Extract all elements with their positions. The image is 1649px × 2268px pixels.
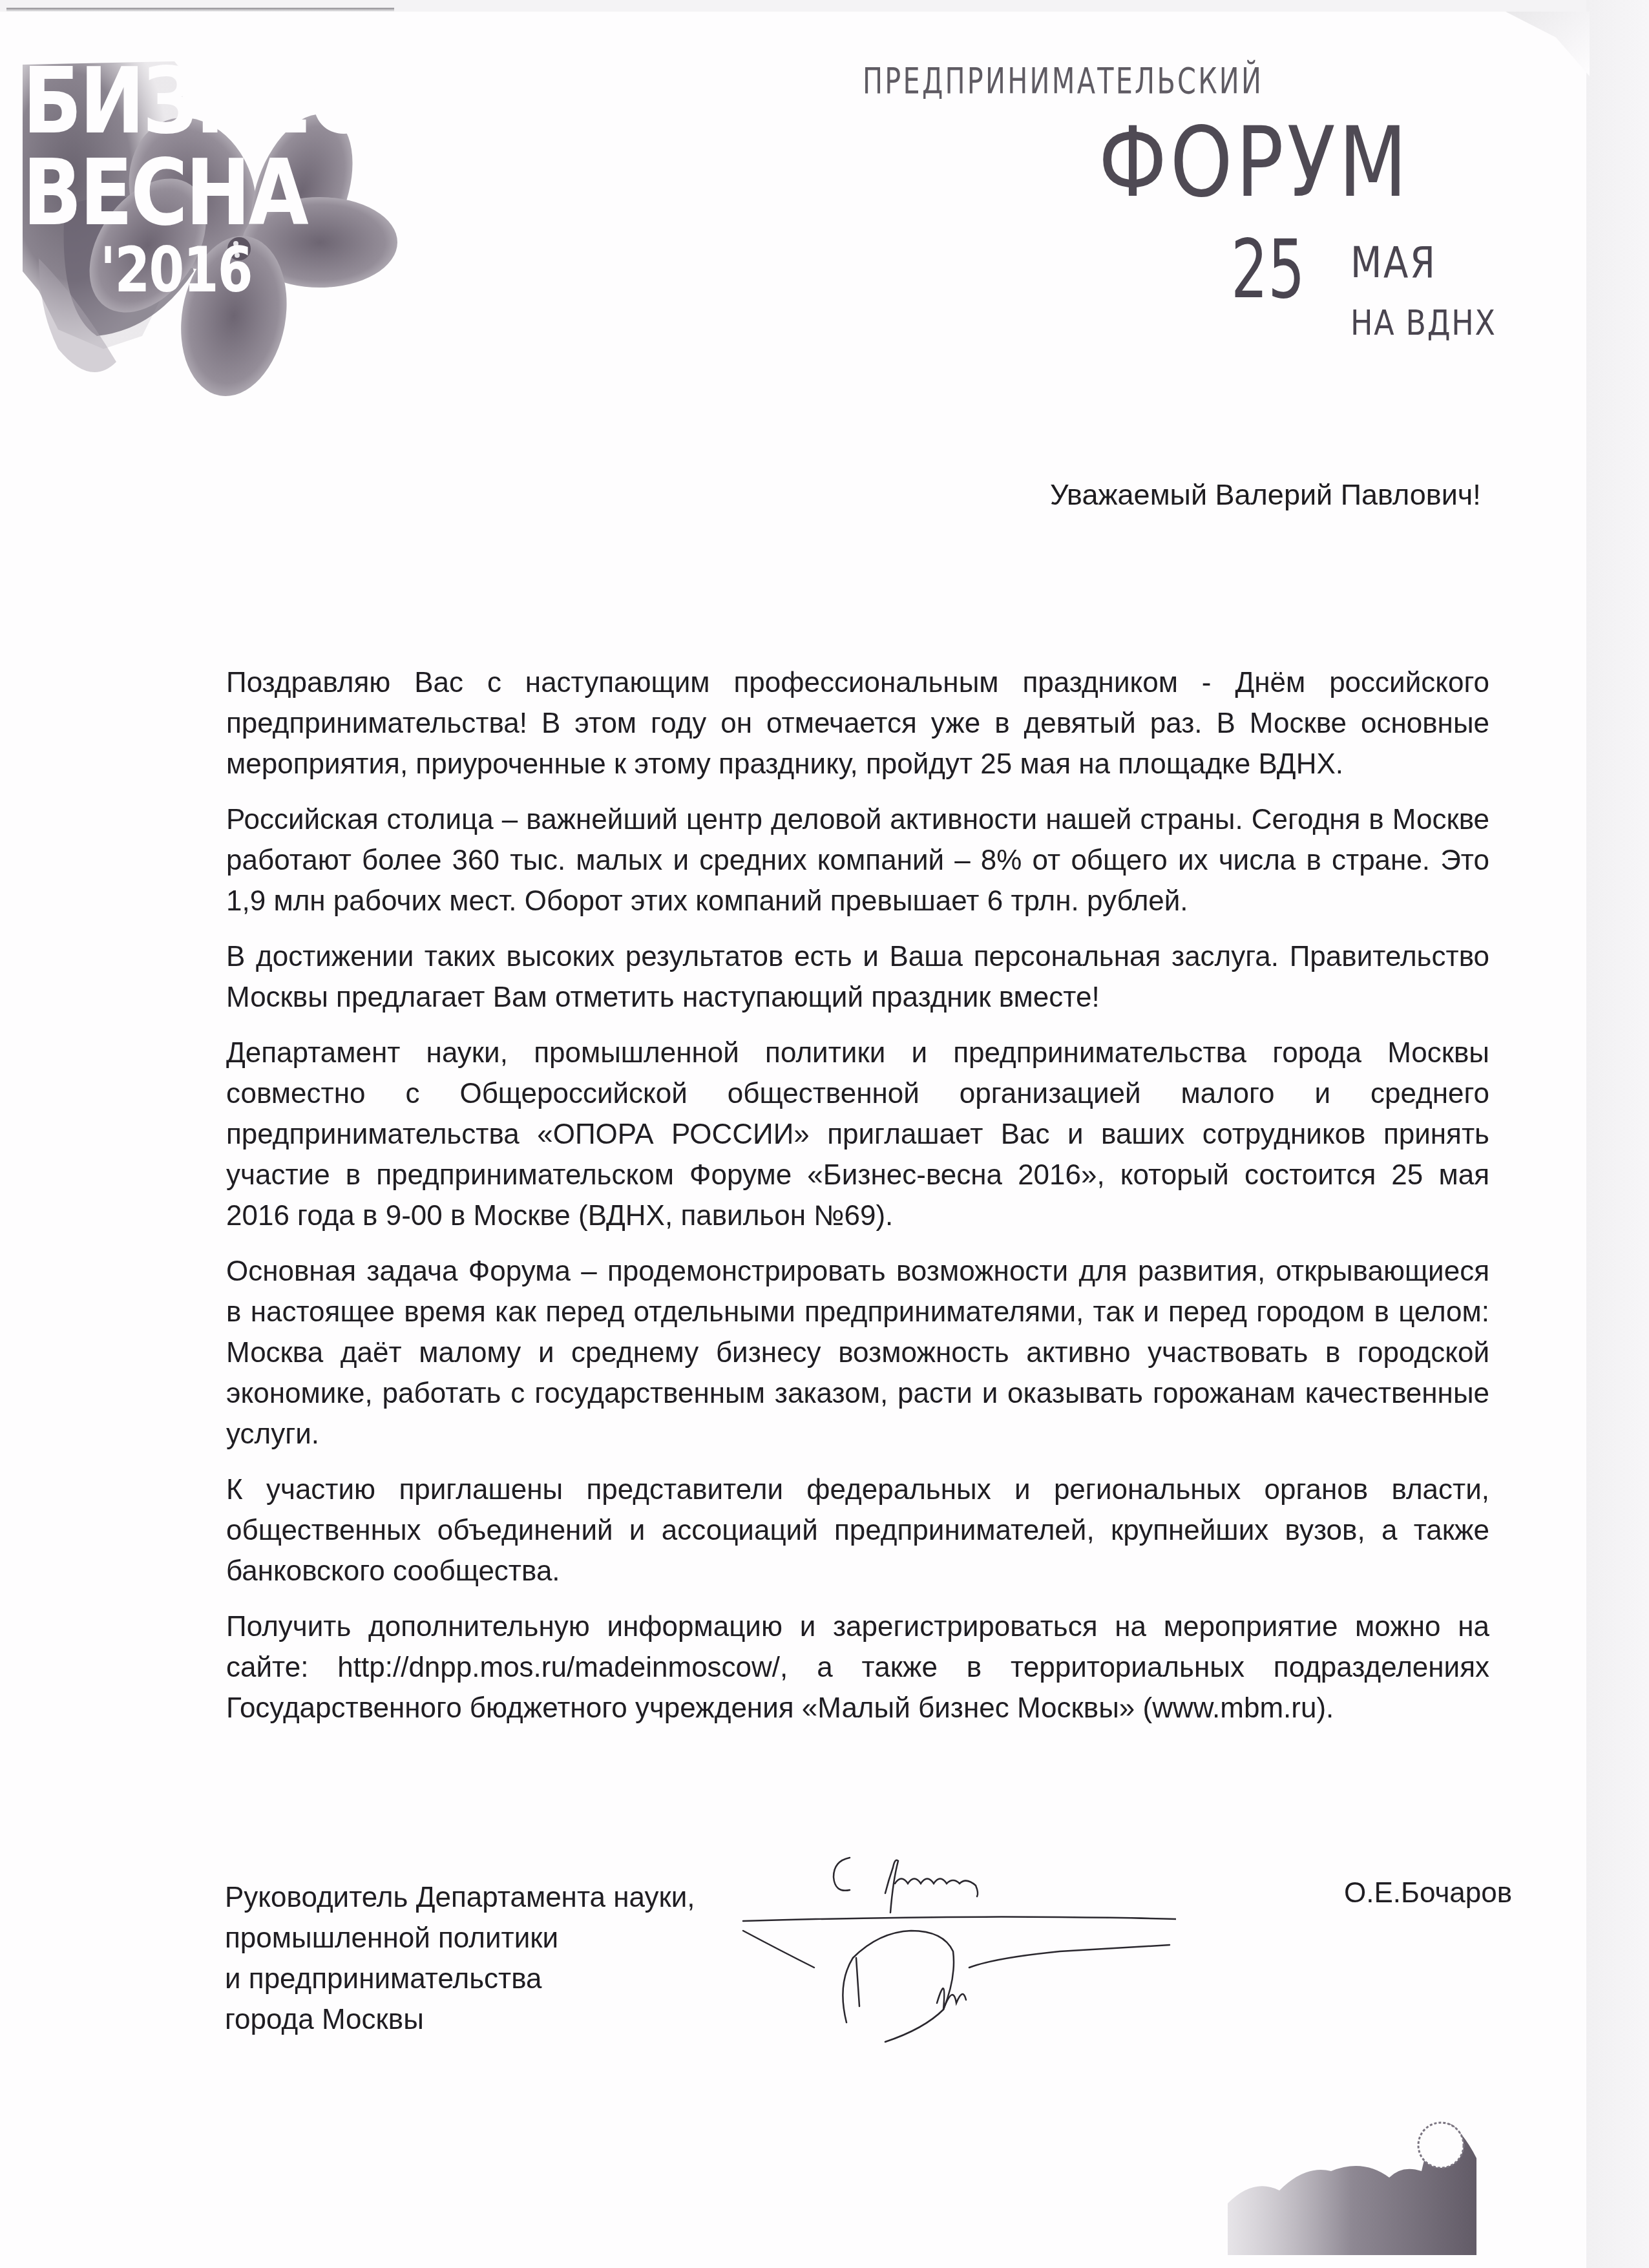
event-logo: БИЗНЕС ВЕСНА '2016 <box>0 26 646 607</box>
logo-line-vesna: ВЕСНА <box>23 149 306 239</box>
logo-line-year: '2016 <box>100 239 252 301</box>
paragraph: Поздравляю Вас с наступающим профессиона… <box>226 662 1489 784</box>
salutation: Уважаемый Валерий Павлович! <box>1050 478 1481 512</box>
paragraph: В достижении таких высоких результатов е… <box>226 936 1489 1018</box>
position-line: Руководитель Департамента науки, <box>225 1877 695 1918</box>
event-day: 25 <box>1231 223 1305 317</box>
letter-body: Поздравляю Вас с наступающим профессиона… <box>226 662 1489 1743</box>
scan-background-edge <box>1586 0 1649 2268</box>
header-subtitle: ПРЕДПРИНИМАТЕЛЬСКИЙ <box>863 60 1263 102</box>
event-venue: НА ВДНХ <box>1350 302 1497 343</box>
signatory-position: Руководитель Департамента науки, промышл… <box>225 1877 695 2040</box>
watercolor-decoration-icon <box>1228 2074 1480 2268</box>
scan-shadow <box>6 8 394 12</box>
position-line: промышленной политики <box>225 1918 695 1958</box>
position-line: города Москвы <box>225 1999 695 2040</box>
handwritten-signature-icon <box>724 1854 1176 2048</box>
position-line: и предпринимательства <box>225 1958 695 1999</box>
paragraph: Департамент науки, промышленной политики… <box>226 1033 1489 1236</box>
event-month: МАЯ <box>1350 238 1436 288</box>
paragraph: К участию приглашены представители федер… <box>226 1469 1489 1591</box>
paragraph: Основная задача Форума – продемонстриров… <box>226 1251 1489 1454</box>
header-title: ФОРУМ <box>1098 107 1411 219</box>
paragraph: Получить дополнительную информацию и зар… <box>226 1606 1489 1728</box>
paragraph: Российская столица – важнейший центр дел… <box>226 799 1489 921</box>
signatory-name: О.Е.Бочаров <box>1344 1877 1512 1909</box>
logo-line-biznes: БИЗНЕС <box>23 57 364 147</box>
